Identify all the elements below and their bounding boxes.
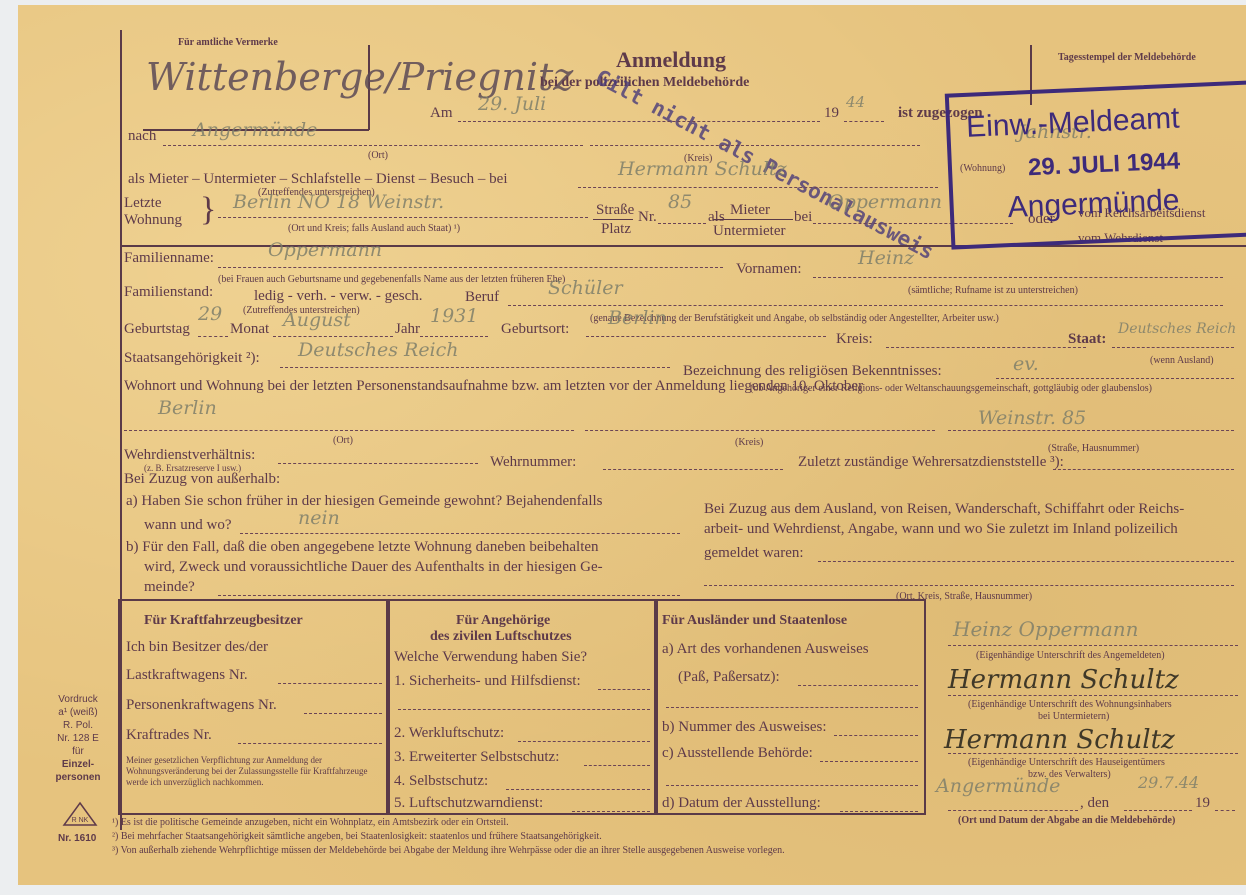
ausl-item-a2: (Paß, Paßersatz):	[678, 669, 780, 686]
familienstand-label: Familienstand:	[124, 284, 213, 301]
svg-text:R NK: R NK	[72, 817, 89, 824]
nr-label: Nr.	[638, 209, 657, 226]
geburtstag-value: 29	[198, 303, 222, 325]
staat-label: Staat:	[1068, 331, 1106, 348]
wehrnummer-label: Wehrnummer:	[490, 454, 576, 471]
date-value: 29.7.44	[1138, 773, 1199, 792]
vornamen-hint: (sämtliche; Rufname ist zu unterstreiche…	[908, 285, 1078, 296]
wohnort-kreis-hint: (Kreis)	[735, 437, 763, 448]
zuzug-b-line1: b) Für den Fall, daß die oben angegebene…	[126, 539, 599, 556]
luft-title2: des zivilen Luftschutzes	[430, 629, 572, 645]
wohnort-ort-hint: (Ort)	[333, 435, 353, 446]
familienname-hint: (bei Frauen auch Geburtsname und gegeben…	[218, 274, 565, 285]
sig2-hint2: bei Untermietern)	[1038, 711, 1109, 722]
zuzug-a-text: a) Haben Sie schon früher in der hiesige…	[126, 493, 603, 510]
wohnung-label: Wohnung	[124, 212, 182, 229]
platz-label: Platz	[601, 221, 631, 238]
zuzug-b-line2: wird, Zweck und voraussichtliche Dauer d…	[144, 559, 603, 576]
mieter-label: Mieter	[730, 202, 770, 219]
place-hint: (Ort und Datum der Abgabe an die Meldebe…	[958, 815, 1175, 826]
geburtstag-label: Geburtstag	[124, 321, 190, 338]
ausl-item-a: a) Art des vorhandenen Ausweises	[662, 641, 869, 658]
place-value: Angermünde	[936, 775, 1060, 797]
letzte-wohnung-value: Berlin NO 18 Weinstr.	[233, 191, 444, 213]
staatsang-label: Staatsangehörigkeit ²):	[124, 350, 260, 367]
untermieter-label: Untermieter	[713, 223, 785, 240]
luftschutz-box: Für Angehörige des zivilen Luftschutzes …	[386, 599, 658, 815]
ausland-line1: Bei Zuzug aus dem Ausland, von Reisen, W…	[704, 501, 1184, 518]
footnote-1: ¹) Es ist die politische Gemeinde anzuge…	[112, 817, 509, 828]
signature-tenant-holder: Hermann Schultz	[948, 665, 1179, 695]
jahr-value: 1931	[430, 305, 478, 327]
auslaender-box: Für Ausländer und Staatenlose a) Art des…	[654, 599, 926, 815]
kfz-note: Meiner gesetzlichen Verpflichtung zur An…	[126, 755, 382, 788]
wohnort-ort-value: Berlin	[158, 397, 217, 419]
year-value: 44	[846, 93, 865, 111]
signature-registrant: Heinz Oppermann	[953, 617, 1139, 641]
wohnort-label: Wohnort und Wohnung bei der letzten Pers…	[124, 378, 863, 395]
kfz-item-krad: Kraftrades Nr.	[126, 727, 212, 744]
strasse-label: Straße	[596, 202, 634, 219]
luft-item-2: 2. Werkluftschutz:	[394, 725, 504, 742]
registration-form: Für amtliche Vermerke Wittenberge/Priegn…	[18, 5, 1246, 885]
luft-item-5: 5. Luftschutzwarndienst:	[394, 795, 543, 812]
familienname-label: Familienname:	[124, 250, 214, 267]
sig2-hint1: (Eigenhändige Unterschrift des Wohnungsi…	[968, 699, 1172, 710]
religion-value: ev.	[1013, 353, 1039, 375]
zuzug-heading: Bei Zuzug von außerhalb:	[124, 471, 280, 488]
kfz-item-pkw: Personenkraftwagens Nr.	[126, 697, 277, 714]
ausl-item-b: b) Nummer des Ausweises:	[662, 719, 827, 736]
kfz-title: Für Kraftfahrzeugbesitzer	[144, 613, 303, 629]
letzte-label: Letzte	[124, 195, 161, 212]
ort-hint: (Ort)	[368, 150, 388, 161]
luft-item-3: 3. Erweiterter Selbstschutz:	[394, 749, 559, 766]
staat-value: Deutsches Reich	[1118, 321, 1236, 337]
sig3-hint1: (Eigenhändige Unterschrift des Hauseigen…	[968, 757, 1165, 768]
form-title: Anmeldung	[616, 47, 726, 73]
den-label: , den	[1080, 795, 1109, 812]
vornamen-value: Heinz	[858, 247, 914, 269]
geburtsort-label: Geburtsort:	[501, 321, 569, 338]
vornamen-label: Vornamen:	[736, 261, 802, 278]
nach-value: Angermünde	[193, 119, 317, 141]
luft-title1: Für Angehörige	[456, 613, 550, 629]
wohnort-strasse-hint: (Straße, Hausnummer)	[1048, 443, 1139, 454]
ausland-line3: gemeldet waren:	[704, 545, 804, 562]
footnote-3: ³) Von außerhalb ziehende Wehrpflichtige…	[112, 845, 785, 856]
official-notes-label: Für amtliche Vermerke	[178, 37, 278, 48]
office-stamp: Einw.-Meldeamt 29. JULI 1944 Angermünde	[945, 80, 1246, 249]
nach-label: nach	[128, 128, 156, 145]
wohnort-strasse-value: Weinstr. 85	[978, 407, 1086, 429]
kfz-intro: Ich bin Besitzer des/der	[126, 639, 268, 656]
nr-value: 85	[668, 191, 692, 213]
staat-hint: (wenn Ausland)	[1150, 355, 1214, 366]
kfz-box: Für Kraftfahrzeugbesitzer Ich bin Besitz…	[118, 599, 390, 815]
zuzug-a-value: nein	[298, 507, 340, 529]
kfz-item-lkw: Lastkraftwagens Nr.	[126, 667, 248, 684]
form-imprint: Vordruck a¹ (weiß) R. Pol. Nr. 128 E für…	[48, 693, 108, 784]
ausland-line2: arbeit- und Wehrdienst, Angabe, wann und…	[704, 521, 1178, 538]
sig1-hint: (Eigenhändige Unterschrift des Angemelde…	[976, 650, 1165, 661]
signature-owner: Hermann Schultz	[944, 725, 1175, 755]
footnote-2: ²) Bei mehrfacher Staatsangehörigkeit sä…	[112, 831, 602, 842]
sig-year-prefix: 19	[1195, 795, 1210, 812]
bei-value: Hermann Schultz	[618, 158, 787, 180]
rnk-triangle-icon: R NK	[62, 801, 98, 827]
am-label: Am	[430, 105, 453, 122]
kreis-label: Kreis:	[836, 331, 873, 348]
ausl-item-d: d) Datum der Ausstellung:	[662, 795, 821, 812]
monat-label: Monat	[230, 321, 269, 338]
mieter-options: als Mieter – Untermieter – Schlafstelle …	[128, 171, 507, 188]
beruf-value: Schüler	[548, 277, 623, 299]
wehr-label-field: Wehrdienstverhältnis:	[124, 447, 255, 464]
zuzug-a-when: wann und wo?	[144, 517, 231, 534]
monat-value: August	[283, 309, 351, 331]
familienstand-options: ledig - verh. - verw. - gesch.	[254, 288, 423, 305]
jahr-label: Jahr	[395, 321, 420, 338]
luft-question: Welche Verwendung haben Sie?	[394, 649, 587, 666]
zuzug-b-line3: meinde?	[144, 579, 195, 596]
familienname-value: Oppermann	[268, 239, 382, 261]
ausl-title: Für Ausländer und Staatenlose	[662, 613, 847, 629]
geburtsort-value: Berlin	[608, 307, 667, 329]
luft-item-1: 1. Sicherheits- und Hilfsdienst:	[394, 673, 581, 690]
am-value: 29. Juli	[478, 93, 546, 115]
ausl-item-c: c) Ausstellende Behörde:	[662, 745, 813, 762]
bei-label: bei	[794, 209, 812, 226]
beruf-label: Beruf	[465, 289, 499, 306]
staatsang-value: Deutsches Reich	[298, 339, 459, 361]
wehrersatz-label: Zuletzt zuständige Wehrersatzdienststell…	[798, 454, 1064, 471]
year-prefix: 19	[824, 105, 839, 122]
day-stamp-label: Tagesstempel der Meldebehörde	[1058, 52, 1196, 63]
letzte-bei-value: Oppermann	[828, 191, 942, 213]
luft-item-4: 4. Selbstschutz:	[394, 773, 488, 790]
form-number: Nr. 1610	[58, 833, 96, 844]
letzte-hint: (Ort und Kreis; falls Ausland auch Staat…	[288, 223, 460, 234]
